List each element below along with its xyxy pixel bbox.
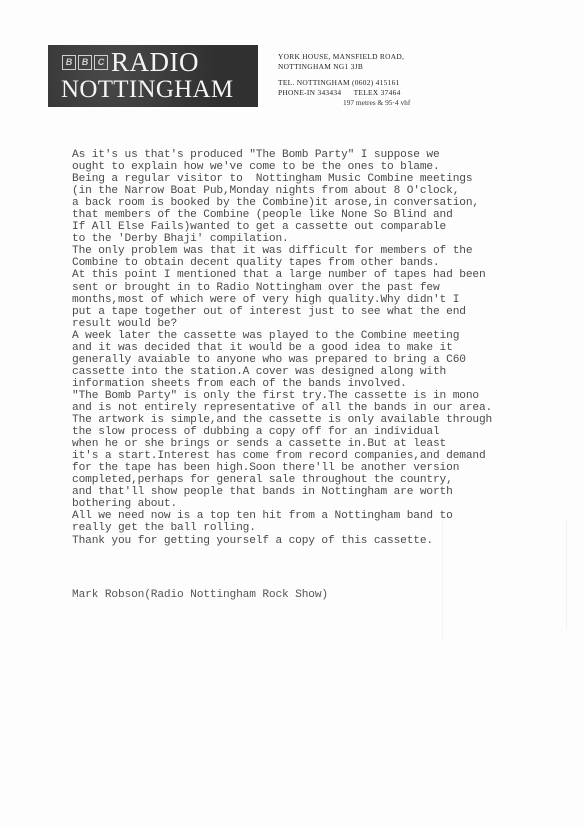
letter-line: As it's us that's produced "The Bomb Par… [72, 149, 542, 161]
logo-nottingham-text: NOTTINGHAM [61, 76, 250, 103]
letter-line: really get the ball rolling. [72, 522, 542, 534]
telephone-line: Tel. Nottingham (0602) 415161 [278, 78, 404, 88]
bbc-block: B [62, 55, 76, 70]
letter-line: All we need now is a top ten hit from a … [72, 510, 542, 522]
letter-line: Combine to obtain decent quality tapes f… [72, 257, 542, 269]
scan-artifact [442, 520, 443, 640]
letter-line: The only problem was that it was difficu… [72, 245, 542, 257]
letter-line: for the tape has been high.Soon there'll… [72, 462, 542, 474]
wavelength-info: 197 metres & 95·4 vhf [343, 98, 410, 107]
address-line-2: Nottingham NG1 3JB [278, 62, 404, 72]
radio-nottingham-logo: B B C RADIO NOTTINGHAM [48, 45, 258, 107]
letter-line: cassette into the station.A cover was de… [72, 366, 542, 378]
letter-line: If All Else Fails)wanted to get a casset… [72, 221, 542, 233]
letter-line: The artwork is simple,and the cassette i… [72, 414, 542, 426]
letter-line: completed,perhaps for general sale throu… [72, 474, 542, 486]
letter-line: ought to explain how we've come to be th… [72, 161, 542, 173]
letter-line: to the 'Derby Bhaji' compilation. [72, 233, 542, 245]
letter-line: (in the Narrow Boat Pub,Monday nights fr… [72, 185, 542, 197]
bbc-logo-icon: B B C [62, 55, 108, 70]
bbc-block: B [78, 55, 92, 70]
letter-line: "The Bomb Party" is only the first try.T… [72, 390, 542, 402]
letterhead-address: York House, Mansfield Road, Nottingham N… [278, 52, 404, 98]
letter-line: Thank you for getting yourself a copy of… [72, 535, 542, 547]
address-line-1: York House, Mansfield Road, [278, 52, 404, 62]
letter-line: and that'll show people that bands in No… [72, 486, 542, 498]
letter-line: and is not entirely representative of al… [72, 402, 542, 414]
letter-line: that members of the Combine (people like… [72, 209, 542, 221]
logo-radio-text: RADIO [111, 49, 199, 76]
letter-line: A week later the cassette was played to … [72, 330, 542, 342]
scan-artifact [566, 520, 567, 630]
letter-line: when he or she brings or sends a cassett… [72, 438, 542, 450]
letter-line: and it was decided that it would be a go… [72, 342, 542, 354]
letter-line: Being a regular visitor to Nottingham Mu… [72, 173, 542, 185]
letter-line: information sheets from each of the band… [72, 378, 542, 390]
letter-line: generally avaiable to anyone who was pre… [72, 354, 542, 366]
letter-line: result would be? [72, 318, 542, 330]
letter-line: months,most of which were of very high q… [72, 294, 542, 306]
signature: Mark Robson(Radio Nottingham Rock Show) [72, 589, 328, 602]
letter-line: bothering about. [72, 498, 542, 510]
letter-line: put a tape together out of interest just… [72, 306, 542, 318]
letter-page: B B C RADIO NOTTINGHAM York House, Mansf… [0, 0, 584, 826]
telex-number: Telex 37464 [354, 88, 401, 97]
letter-body: As it's us that's produced "The Bomb Par… [72, 149, 542, 547]
letter-line: the slow process of dubbing a copy off f… [72, 426, 542, 438]
letter-line: a back room is booked by the Combine)it … [72, 197, 542, 209]
phone-in-number: Phone-in 343434 [278, 88, 341, 97]
letter-line: sent or brought in to Radio Nottingham o… [72, 282, 542, 294]
bbc-block: C [94, 55, 108, 70]
letter-line: At this point I mentioned that a large n… [72, 269, 542, 281]
letter-line: it's a start.Interest has come from reco… [72, 450, 542, 462]
